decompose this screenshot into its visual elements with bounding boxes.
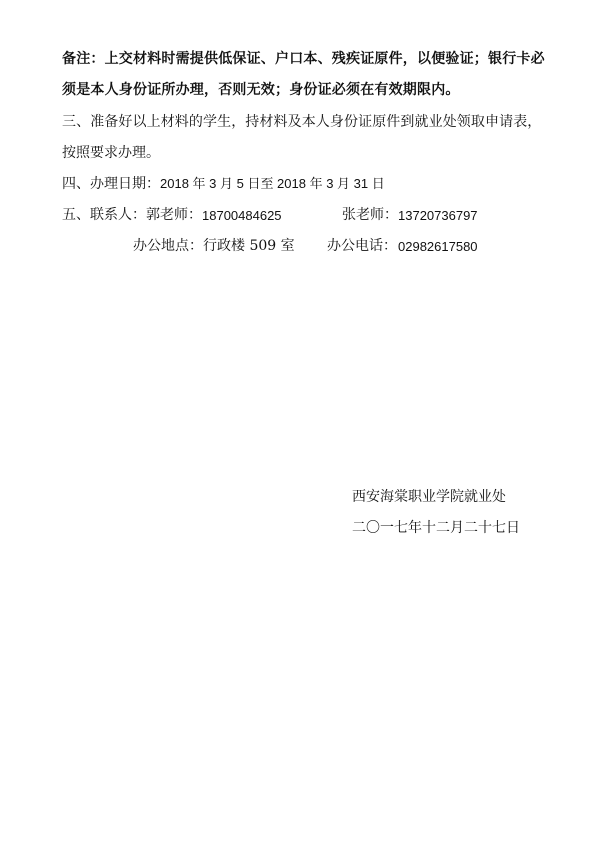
office-location-value: 行政楼 509 室 xyxy=(203,237,295,255)
contact-1-name: 郭老师： xyxy=(146,206,202,224)
office-info-line: 办公地点： 行政楼 509 室 办公电话： 02982617580 xyxy=(133,237,553,257)
contact-1-phone: 18700484625 xyxy=(202,207,282,225)
office-phone-value: 02982617580 xyxy=(398,238,478,256)
item-4-label: 四、办理日期： xyxy=(62,176,160,192)
item-3-line-1: 三、准备好以上材料的学生，持材料及本人身份证原件到就业处领取申请表， xyxy=(62,113,541,131)
item-3-line-2: 按照要求办理。 xyxy=(62,144,160,162)
office-phone-label: 办公电话： xyxy=(327,237,397,255)
item-5-label: 五、联系人： xyxy=(62,206,146,224)
item-4-dates: 2018 年 3 月 5 日至 2018 年 3 月 31 日 xyxy=(160,176,385,191)
note-line-1: 备注：上交材料时需提供低保证、户口本、残疾证原件，以便验证；银行卡必 xyxy=(62,50,545,68)
office-location-label: 办公地点： xyxy=(133,237,203,255)
contact-2-phone: 13720736797 xyxy=(398,207,478,225)
signature-org: 西安海棠职业学院就业处 xyxy=(352,488,506,506)
item-4-date-line: 四、办理日期：2018 年 3 月 5 日至 2018 年 3 月 31 日 xyxy=(62,175,385,193)
note-line-2: 须是本人身份证所办理，否则无效；身份证必须在有效期限内。 xyxy=(62,81,460,99)
item-5-contacts-line: 五、联系人： 郭老师： 18700484625 张老师： 13720736797 xyxy=(62,206,542,226)
signature-date: 二〇一七年十二月二十七日 xyxy=(352,519,520,537)
contact-2-name: 张老师： xyxy=(342,206,398,224)
